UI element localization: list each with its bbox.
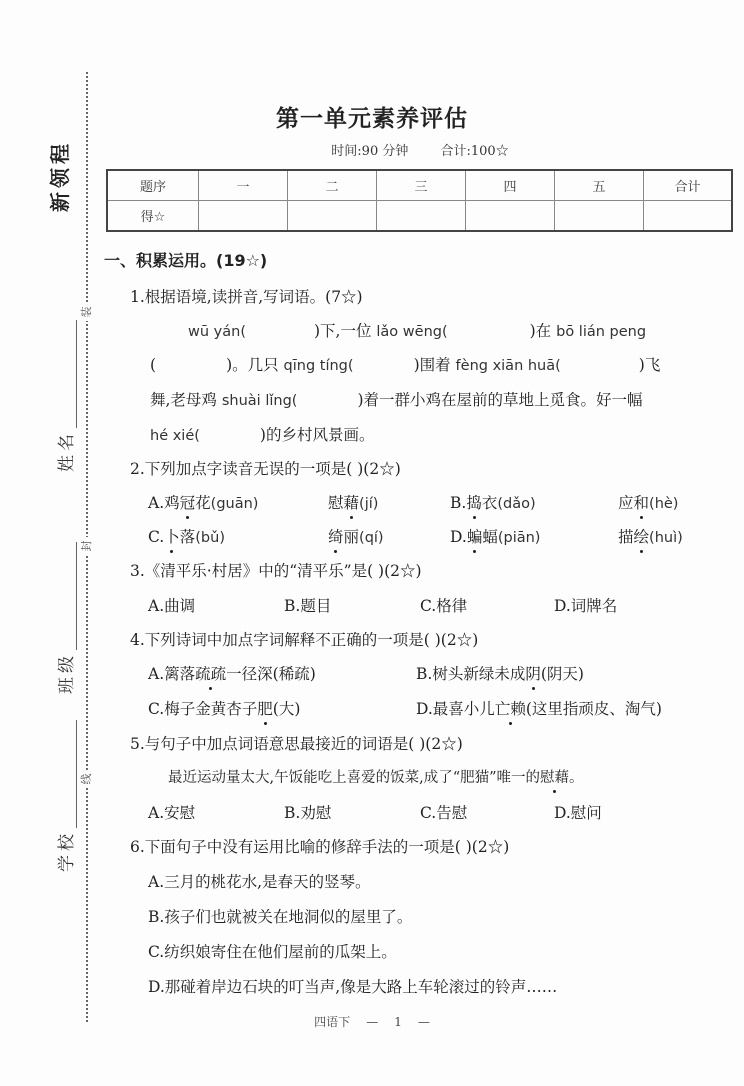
school-field[interactable]: 学校 <box>52 720 77 872</box>
cell-score-label: 得☆ <box>107 201 199 232</box>
exam-info: 时间:90 分钟 合计:100☆ <box>0 140 744 159</box>
q1-line-2: ()。几只 qīng tíng()围着 fèng xiān huā()飞 <box>150 353 660 375</box>
text: (这里指顽皮、淘气) <box>526 700 662 718</box>
text: 。 <box>569 770 584 786</box>
dash: — <box>418 1015 430 1029</box>
text: A.篱落 <box>148 665 195 683</box>
pinyin: (piān) <box>498 530 541 546</box>
cell-score-1[interactable] <box>199 201 288 232</box>
name-underline[interactable] <box>75 320 77 428</box>
page-number: 1 <box>394 1015 402 1029</box>
grade-label: 四语下 <box>314 1015 350 1029</box>
name-field[interactable]: 姓名 <box>52 320 77 472</box>
text: 慰 <box>328 494 344 512</box>
q2-option-d[interactable]: D.蝙蝠(piān) <box>450 525 540 547</box>
q4-option-b[interactable]: B.树头新绿未成阴(阴天) <box>416 662 584 684</box>
dotted-char: 绮 <box>328 525 344 547</box>
cell-score-3[interactable] <box>377 201 466 232</box>
text: )飞 <box>639 356 661 374</box>
q1-line-1: wū yán()下,一位 lǎo wēng()在 bō lián peng <box>188 319 646 341</box>
cell-header-5: 五 <box>555 170 644 201</box>
q5-stem: 5.与句子中加点词语意思最接近的词语是( )(2☆) <box>130 732 463 754</box>
text: 蝠 <box>482 528 498 546</box>
dotted-chars: 肥 <box>257 697 273 719</box>
q3-option-d[interactable]: D.词牌名 <box>554 594 617 616</box>
q5-sentence: 最近运动量太大,午饭能吃上喜爱的饭菜,成了“肥猫”唯一的慰藉。 <box>168 766 584 787</box>
page-title: 第一单元素养评估 <box>0 100 744 133</box>
dotted-chars: 疏疏 <box>195 662 226 684</box>
pinyin: (qí) <box>359 530 384 546</box>
cell-header-total: 合计 <box>644 170 733 201</box>
binding-char-xian: 线 <box>78 770 96 788</box>
q1-stem: 1.根据语境,读拼音,写词语。(7☆) <box>130 285 363 307</box>
q5-option-a[interactable]: A.安慰 <box>148 801 195 823</box>
school-label: 学校 <box>52 830 77 872</box>
q1-line-4: hé xié()的乡村风景画。 <box>150 423 374 445</box>
class-field[interactable]: 班级 <box>52 542 77 694</box>
pinyin-bolianpeng: bō lián peng <box>556 324 646 340</box>
text: 应 <box>618 494 634 512</box>
cell-score-4[interactable] <box>466 201 555 232</box>
cell-score-2[interactable] <box>288 201 377 232</box>
text: )围着 <box>414 356 456 374</box>
name-label: 姓名 <box>52 430 77 472</box>
text: ( <box>150 356 156 374</box>
text: )下,一位 <box>314 322 376 340</box>
text: )的乡村风景画。 <box>260 426 375 444</box>
text: 丽 <box>344 528 360 546</box>
text: 衣 <box>482 494 498 512</box>
q6-option-d[interactable]: D.那碰着岸边石块的叮当声,像是大路上车轮滚过的铃声…… <box>148 975 557 997</box>
text: C.梅子金黄杏子 <box>148 700 257 718</box>
q2-option-d-2: 描绘(huì) <box>618 525 683 547</box>
pinyin-shuailing: shuài lǐng( <box>222 393 298 409</box>
q1-line-3: 舞,老母鸡 shuài lǐng()着一群小鸡在屋前的草地上觅食。好一幅 <box>150 388 643 410</box>
q6-option-b[interactable]: B.孩子们也就被关在地洞似的屋里了。 <box>148 905 412 927</box>
pinyin: (dǎo) <box>497 496 535 512</box>
q2-option-c-2: 绮丽(qí) <box>328 525 384 547</box>
text: )着一群小鸡在屋前的草地上觅食。好一幅 <box>357 391 642 409</box>
q6-option-c[interactable]: C.纺织娘寄住在他们屋前的瓜架上。 <box>148 940 397 962</box>
option-letter: A. <box>148 494 164 512</box>
text: 花 <box>195 494 211 512</box>
q3-option-a[interactable]: A.曲调 <box>148 594 195 616</box>
cell-header-2: 二 <box>288 170 377 201</box>
dotted-char: 绘 <box>634 525 650 547</box>
pinyin: (guān) <box>211 496 259 512</box>
school-underline[interactable] <box>75 720 77 828</box>
text: (阴天) <box>541 665 584 683</box>
text: )。几只 <box>226 356 283 374</box>
q2-option-b[interactable]: B.捣衣(dǎo) <box>450 491 536 513</box>
binding-char-zhuang: 装 <box>78 303 96 321</box>
dotted-chars: 阴 <box>525 662 541 684</box>
text: 描 <box>618 528 634 546</box>
score-table-header-row: 题序 一 二 三 四 五 合计 <box>107 170 732 201</box>
option-letter: B. <box>450 494 466 512</box>
q5-option-d[interactable]: D.慰问 <box>554 801 602 823</box>
dotted-char: 蝙 <box>467 525 483 547</box>
text: )在 <box>530 322 556 340</box>
dotted-chars: 慰藉 <box>540 766 569 787</box>
q4-stem: 4.下列诗词中加点字词解释不正确的一项是( )(2☆) <box>130 628 478 650</box>
score-table-score-row: 得☆ <box>107 201 732 232</box>
binding-char-feng: 封 <box>78 537 96 555</box>
text: 鸡 <box>164 494 180 512</box>
pinyin-fengxianhua: fèng xiān huā( <box>456 358 561 374</box>
text: 一径深(稀疏) <box>226 665 316 683</box>
dotted-chars: 亡赖 <box>495 697 526 719</box>
pinyin-laoweng: lǎo wēng( <box>376 324 447 340</box>
time-limit: 时间:90 分钟 <box>331 144 408 159</box>
dotted-char: 卜 <box>164 525 180 547</box>
q3-option-b[interactable]: B.题目 <box>284 594 331 616</box>
section-heading: 一、积累运用。(19☆) <box>104 248 267 271</box>
q2-stem: 2.下列加点字读音无误的一项是( )(2☆) <box>130 457 401 479</box>
dotted-char: 和 <box>634 491 650 513</box>
score-table: 题序 一 二 三 四 五 合计 得☆ <box>106 169 733 232</box>
q6-option-a[interactable]: A.三月的桃花水,是春天的竖琴。 <box>148 870 371 892</box>
text: 落 <box>180 528 196 546</box>
total-score: 合计:100☆ <box>441 144 509 159</box>
pinyin: (jí) <box>359 496 378 512</box>
dotted-char: 捣 <box>466 491 482 513</box>
pinyin: (bǔ) <box>195 530 225 546</box>
q2-option-c[interactable]: C.卜落(bǔ) <box>148 525 225 547</box>
q6-stem: 6.下面句子中没有运用比喻的修辞手法的一项是( )(2☆) <box>130 835 509 857</box>
q5-option-b[interactable]: B.劝慰 <box>284 801 331 823</box>
dotted-char: 冠 <box>180 491 196 513</box>
text: 最近运动量太大,午饭能吃上喜爱的饭菜,成了“肥猫”唯一的 <box>168 770 540 786</box>
cell-header-3: 三 <box>377 170 466 201</box>
text: B.树头新绿未成 <box>416 665 525 683</box>
q4-option-c[interactable]: C.梅子金黄杏子肥(大) <box>148 697 300 719</box>
q2-option-a-2: 慰藉(jí) <box>328 491 378 513</box>
text: 舞,老母鸡 <box>150 391 222 409</box>
q5-option-c[interactable]: C.告慰 <box>420 801 467 823</box>
dash: — <box>366 1015 378 1029</box>
cell-score-5[interactable] <box>555 201 644 232</box>
q4-option-d[interactable]: D.最喜小儿亡赖(这里指顽皮、淘气) <box>416 697 662 719</box>
cell-header-1: 一 <box>199 170 288 201</box>
text: (大) <box>273 700 301 718</box>
q3-stem: 3.《清平乐·村居》中的“清平乐”是( )(2☆) <box>130 559 422 581</box>
text: D.最喜小儿 <box>416 700 495 718</box>
pinyin-qingting: qīng tíng( <box>284 358 354 374</box>
class-label: 班级 <box>52 652 77 694</box>
cell-header-4: 四 <box>466 170 555 201</box>
class-underline[interactable] <box>75 542 77 650</box>
pinyin: (huì) <box>649 530 683 546</box>
pinyin-hexie: hé xié( <box>150 428 200 444</box>
cell-score-total[interactable] <box>644 201 733 232</box>
dotted-char: 藉 <box>344 491 360 513</box>
option-letter: D. <box>450 528 467 546</box>
pinyin-wuyan: wū yán( <box>188 324 246 340</box>
pinyin: (hè) <box>649 496 678 512</box>
cell-header-label: 题序 <box>107 170 199 201</box>
q2-option-b-2: 应和(hè) <box>618 491 678 513</box>
q4-option-a[interactable]: A.篱落疏疏一径深(稀疏) <box>148 662 316 684</box>
page-footer: 四语下—1— <box>0 1013 744 1030</box>
option-letter: C. <box>148 528 164 546</box>
q3-option-c[interactable]: C.格律 <box>420 594 467 616</box>
q2-option-a[interactable]: A.鸡冠花(guān) <box>148 491 258 513</box>
